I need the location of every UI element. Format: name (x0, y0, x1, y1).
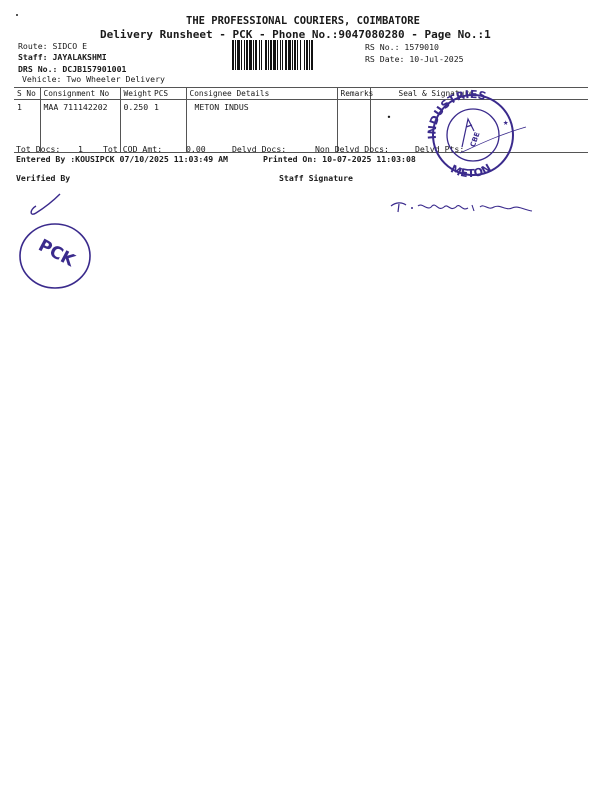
company-seal-stamp: INDUSTRIES METON CBE ★ (418, 87, 528, 179)
pck-stamp: PCK (18, 220, 94, 290)
svg-text:METON: METON (448, 161, 493, 179)
col-pcs: PCS (151, 88, 186, 100)
tot-cod-label: Tot COD Amt: (103, 144, 162, 154)
non-delvd-docs-label: Non Delvd Docs: (315, 144, 389, 154)
entered-by: Entered By :KOUSIPCK 07/10/2025 11:03:49… (16, 154, 228, 164)
tot-docs-value: 1 (78, 144, 83, 154)
vehicle-label: Vehicle: Two Wheeler Delivery (22, 74, 165, 84)
rs-date: RS Date: 10-Jul-2025 (365, 54, 464, 64)
delvd-docs-label: Delvd Docs: (232, 144, 286, 154)
svg-text:INDUSTRIES: INDUSTRIES (425, 88, 487, 140)
route-label: Route: SIDCO E (18, 41, 87, 51)
svg-text:CBE: CBE (469, 131, 482, 148)
col-consignee: Consignee Details (186, 88, 337, 100)
col-weight: Weight (120, 88, 151, 100)
col-sno: S No (14, 88, 40, 100)
verified-by-label: Verified By (16, 173, 70, 183)
svg-text:PCK: PCK (35, 236, 79, 272)
speck (16, 14, 18, 16)
staff-signature-scribble (388, 198, 538, 220)
svg-text:★: ★ (503, 118, 509, 128)
drs-number: DRS No.: DCJB157901001 (18, 64, 126, 74)
rs-number: RS No.: 1579010 (365, 42, 439, 52)
verifier-tick-mark (26, 190, 66, 220)
staff-label: Staff: JAYALAKSHMI (18, 52, 107, 62)
printed-on: Printed On: 10-07-2025 11:03:08 (263, 154, 416, 164)
barcode (232, 40, 348, 70)
col-consignment: Consignment No (40, 88, 120, 100)
tot-cod-value: 0.00 (186, 144, 206, 154)
staff-signature-label: Staff Signature (279, 173, 353, 183)
tot-docs-label: Tot Docs: (16, 144, 60, 154)
col-remarks: Remarks (337, 88, 370, 100)
company-title: THE PROFESSIONAL COURIERS, COIMBATORE (186, 15, 420, 27)
